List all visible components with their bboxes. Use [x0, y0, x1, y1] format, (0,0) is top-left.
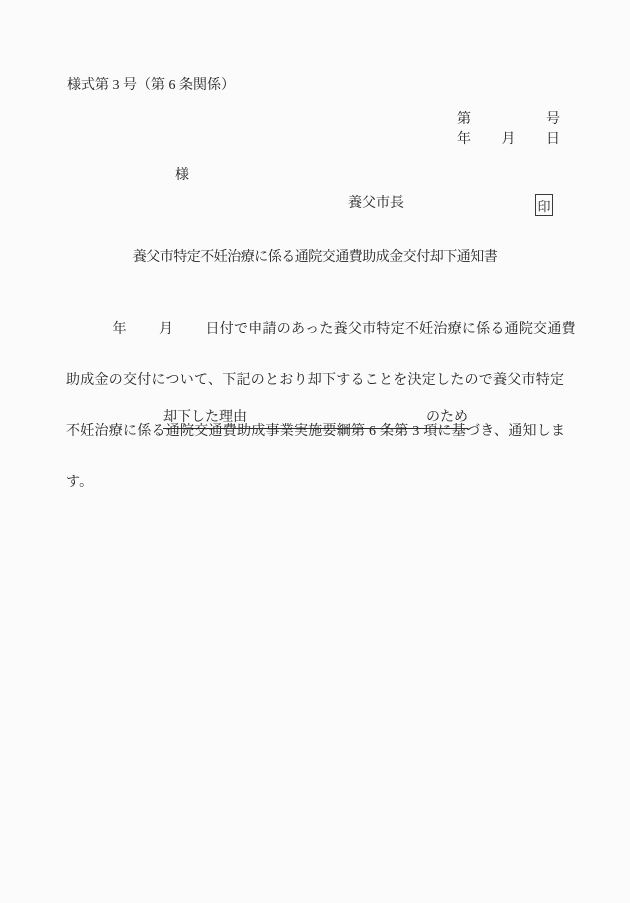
body-line: 助成金の交付について、下記のとおり却下することを決定したので養父市特定	[66, 372, 566, 389]
addressee-honorific: 様	[175, 166, 189, 186]
rejection-reason-suffix: のため	[426, 408, 468, 427]
date-year-label: 年	[457, 130, 471, 150]
issue-date-line: 年 月 日	[457, 130, 560, 150]
seal-label: 印	[537, 196, 550, 215]
document-number-line: 第 号	[457, 110, 560, 130]
body-line: 年 月 日付で申請のあった養父市特定不妊治療に係る通院交通費	[66, 321, 566, 338]
document-page: 様式第 3 号（第 6 条関係） 第 号 年 月 日 様 養父市長 印 養父市特…	[0, 0, 630, 903]
body-line: す。	[66, 474, 566, 491]
issuer-title: 養父市長	[348, 194, 404, 214]
form-number: 様式第 3 号（第 6 条関係）	[67, 76, 235, 96]
document-title: 養父市特定不妊治療に係る通院交通費助成金交付却下通知書	[0, 248, 630, 268]
seal-mark: 印	[535, 194, 553, 216]
body-text: 年 月 日付で申請のあった養父市特定不妊治療に係る通院交通費 助成金の交付につい…	[66, 287, 566, 525]
doc-number-suffix: 号	[546, 110, 560, 130]
date-day-label: 日	[546, 130, 560, 150]
doc-number-prefix: 第	[457, 110, 471, 130]
date-month-label: 月	[502, 130, 516, 150]
rejection-reason-line: 却下した理由 のため	[163, 408, 468, 429]
rejection-reason-label: 却下した理由	[163, 408, 247, 427]
